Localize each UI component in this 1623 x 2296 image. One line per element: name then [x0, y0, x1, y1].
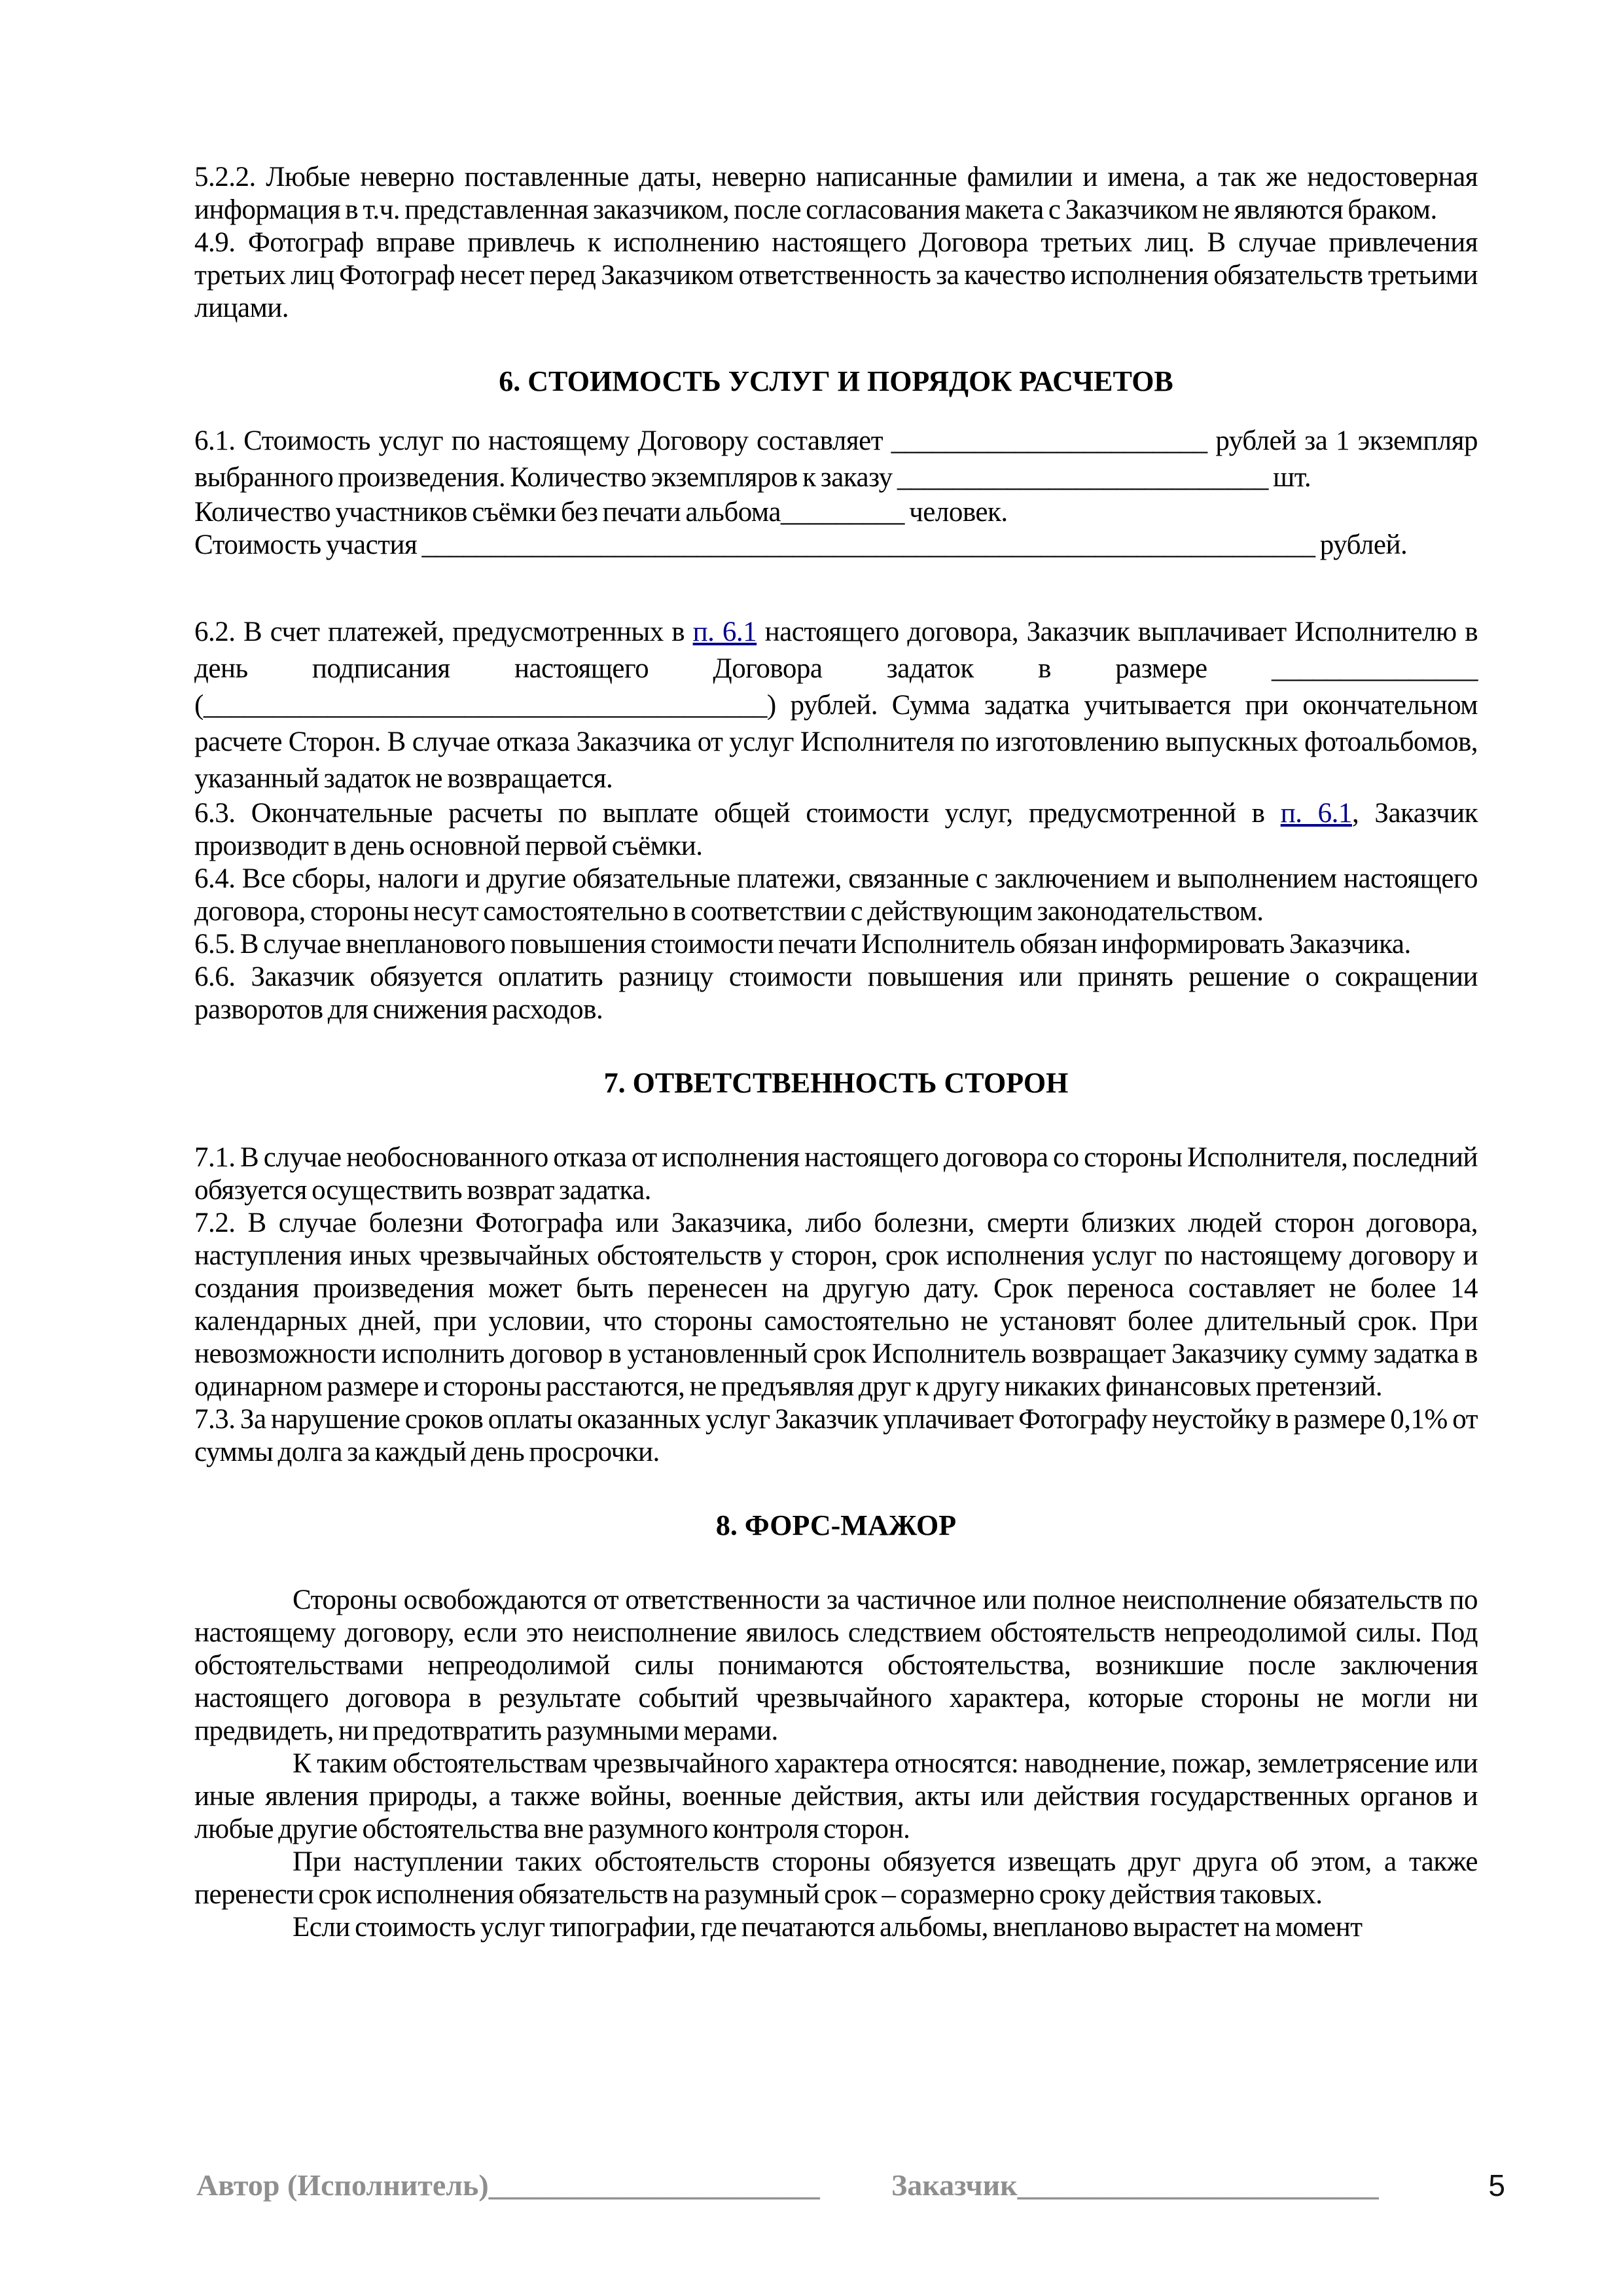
customer-signature-line[interactable]: ________________________: [1018, 2168, 1379, 2202]
document-body: 5.2.2. Любые неверно поставленные даты, …: [194, 161, 1478, 1944]
text-run: При наступлении таких обстоятельств стор…: [194, 1846, 1478, 1910]
text-run: 6.6. Заказчик обязуется оплатить разницу…: [194, 961, 1478, 1025]
clause-7-1: 7.1. В случае необоснованного отказа от …: [194, 1141, 1478, 1207]
text-run: 6.4. Все сборы, налоги и другие обязател…: [194, 863, 1478, 927]
clause-8-p2: К таким обстоятельствам чрезвычайного ха…: [194, 1748, 1478, 1846]
clause-7-3: 7.3. За нарушение сроков оплаты оказанны…: [194, 1403, 1478, 1469]
heading-7: 7. ОТВЕТСТВЕННОСТЬ СТОРОН: [194, 1067, 1478, 1100]
clause-6-5: 6.5. В случае внепланового повышения сто…: [194, 928, 1478, 961]
customer-label: Заказчик: [891, 2168, 1018, 2202]
text-run: 6.3. Окончательные расчеты по выплате об…: [194, 798, 1281, 829]
clause-6-1: 6.1. Стоимость услуг по настоящему Догов…: [194, 423, 1478, 496]
text-run: 6.2. В счет платежей, предусмотренных в: [194, 617, 693, 647]
text-run: 6.5. В случае внепланового повышения сто…: [194, 929, 1411, 960]
heading-8: 8. ФОРС-МАЖОР: [194, 1509, 1478, 1542]
clause-8-p4: Если стоимость услуг типографии, где печ…: [194, 1911, 1478, 1944]
text-run: 7.3. За нарушение сроков оплаты оказанны…: [194, 1404, 1478, 1467]
clause-4-9: 4.9. Фотограф вправе привлечь к исполнен…: [194, 226, 1478, 325]
author-label: Автор (Исполнитель): [196, 2168, 489, 2202]
text-run: 4.9. Фотограф вправе привлечь к исполнен…: [194, 227, 1478, 323]
author-signature-block: Автор (Исполнитель)_____________________…: [196, 2168, 820, 2202]
clause-5-2-2: 5.2.2. Любые неверно поставленные даты, …: [194, 161, 1478, 226]
text-run: 6.1. Стоимость услуг по настоящему Догов…: [194, 425, 1478, 493]
contract-page: { "document": { "colors": { "text": "#00…: [0, 0, 1623, 2296]
clause-6-4: 6.4. Все сборы, налоги и другие обязател…: [194, 863, 1478, 928]
clause-6-1-participation-cost: Стоимость участия ______________________…: [194, 529, 1478, 562]
page-number: 5: [1488, 2168, 1505, 2203]
clause-8-p1: Стороны освобождаются от ответственности…: [194, 1584, 1478, 1748]
clause-6-1-participants: Количество участников съёмки без печати …: [194, 496, 1478, 529]
text-run: 5.2.2. Любые неверно поставленные даты, …: [194, 162, 1478, 225]
text-run: Стороны освобождаются от ответственности…: [194, 1585, 1478, 1746]
clause-7-2: 7.2. В случае болезни Фотографа или Зака…: [194, 1207, 1478, 1403]
author-signature-line[interactable]: ______________________: [489, 2168, 820, 2202]
link-p-6-1[interactable]: п. 6.1: [1281, 798, 1352, 829]
customer-signature-block: Заказчик________________________: [891, 2168, 1379, 2202]
text-run: Количество участников съёмки без печати …: [194, 497, 1008, 528]
heading-6: 6. СТОИМОСТЬ УСЛУГ И ПОРЯДОК РАСЧЕТОВ: [194, 365, 1478, 398]
text-run: 7.1. В случае необоснованного отказа от …: [194, 1142, 1478, 1206]
text-run: Стоимость участия ______________________…: [194, 529, 1407, 560]
text-run: Если стоимость услуг типографии, где печ…: [293, 1912, 1363, 1943]
text-run: 7.2. В случае болезни Фотографа или Зака…: [194, 1208, 1478, 1402]
clause-6-2: 6.2. В счет платежей, предусмотренных в …: [194, 614, 1478, 797]
clause-6-3: 6.3. Окончательные расчеты по выплате об…: [194, 797, 1478, 863]
link-p-6-1[interactable]: п. 6.1: [693, 617, 757, 647]
clause-8-p3: При наступлении таких обстоятельств стор…: [194, 1846, 1478, 1911]
text-run: К таким обстоятельствам чрезвычайного ха…: [194, 1748, 1478, 1844]
page-footer: Автор (Исполнитель)_____________________…: [0, 2168, 1623, 2227]
clause-6-6: 6.6. Заказчик обязуется оплатить разницу…: [194, 961, 1478, 1026]
